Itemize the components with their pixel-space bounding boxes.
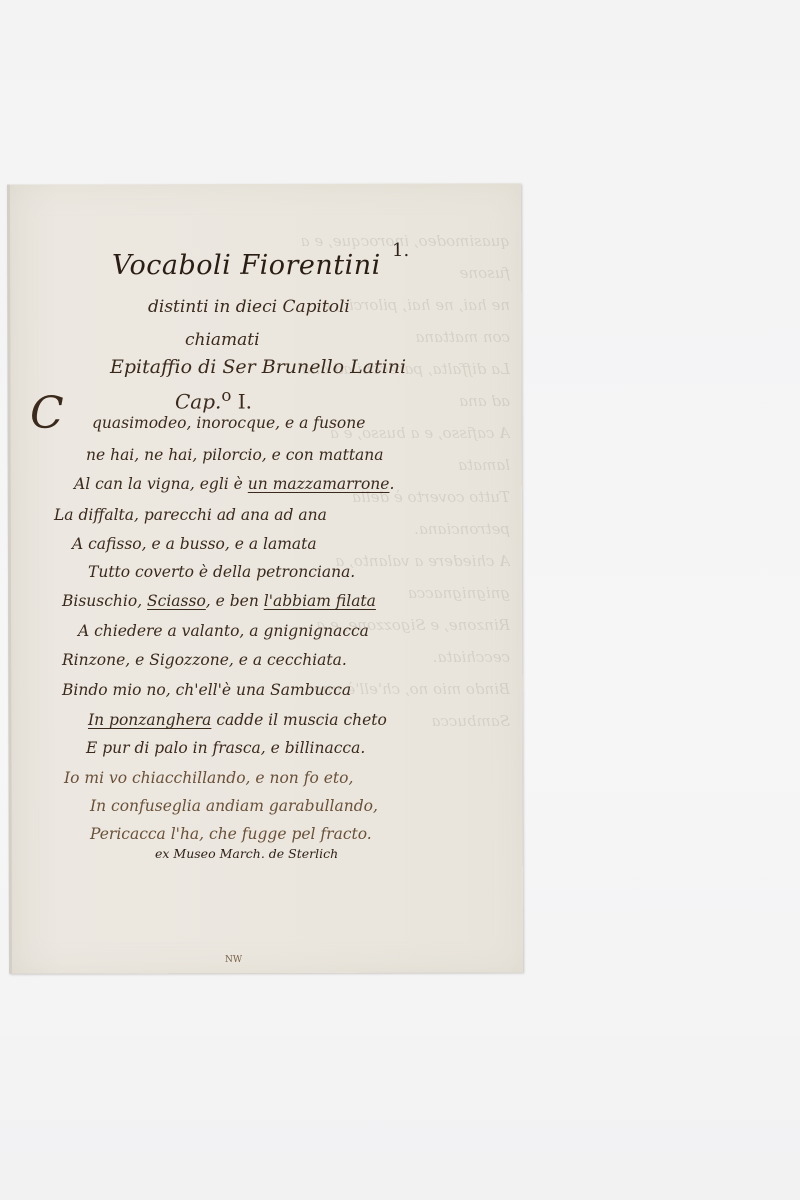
- folio-number: 1.: [392, 240, 409, 261]
- verse-line: Io mi vo chiacchillando, e non fo eto,: [64, 769, 353, 787]
- heading-line-4: Epitaffio di Ser Brunello Latini: [110, 356, 406, 378]
- chapter-sup: o: [221, 386, 231, 405]
- verse-line: Tutto coverto è della petronciana.: [88, 563, 355, 581]
- verse-line: Pericacca l'ha, che fugge pel fracto.: [90, 825, 372, 843]
- verse-line: A cafisso, e a busso, e a lamata: [72, 535, 317, 553]
- document-title: Vocaboli Fiorentini: [112, 250, 381, 281]
- provenance-stamp: ex Museo March. de Sterlich: [155, 846, 338, 861]
- heading-line-2: distinti in dieci Capitoli: [148, 297, 350, 317]
- chapter-label: Cap.: [175, 390, 221, 414]
- decorated-initial: C: [30, 388, 64, 439]
- verse-line: E pur di palo in frasca, e billinacca.: [86, 739, 365, 757]
- verse-line: Rinzone, e Sigozzone, e a cecchiata.: [62, 651, 347, 669]
- verse-line: Bisuschio, Sciasso, e ben l'abbiam filat…: [62, 592, 376, 610]
- chapter-number: I.: [238, 390, 252, 414]
- verse-line: Bindo mio no, ch'ell'è una Sambucca: [62, 681, 351, 699]
- verse-line: ne hai, ne hai, pilorcio, e con mattana: [86, 446, 384, 464]
- verse-line: La diffalta, parecchi ad ana ad ana: [54, 506, 327, 524]
- verse-line: quasimodeo, inorocque, e a fusone: [92, 414, 365, 432]
- verse-line: Al can la vigna, egli è un mazzamarrone.: [74, 475, 394, 493]
- verse-line: A chiedere a valanto, a gnignignacca: [78, 622, 369, 640]
- chapter-heading: Cap.o I.: [175, 386, 252, 414]
- heading-line-3: chiamati: [185, 330, 260, 350]
- verse-line: In ponzanghera cadde il muscia cheto: [88, 711, 387, 729]
- verse-line: In confuseglia andiam garabullando,: [90, 797, 378, 815]
- margin-mark: NW: [225, 955, 242, 965]
